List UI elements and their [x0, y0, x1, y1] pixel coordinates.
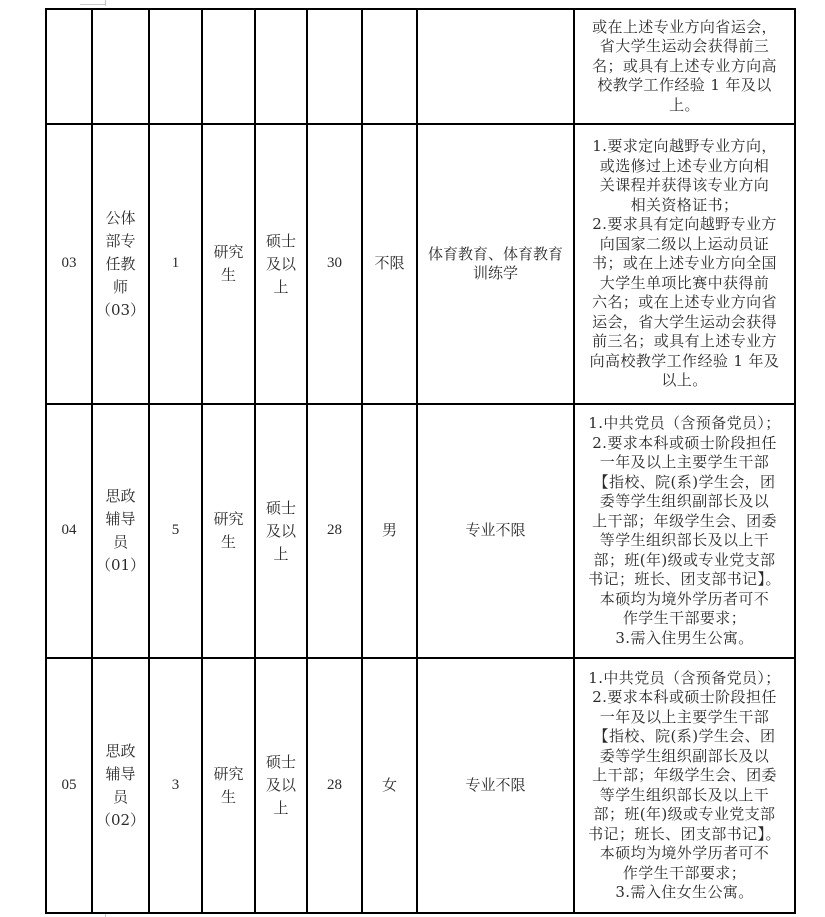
cell-requirements-line: 大学生单项比赛中获得前	[575, 274, 794, 294]
cell-degree-line: 硕士	[256, 751, 306, 774]
cell-age	[307, 9, 362, 124]
cell-requirements-line: 作学生干部要求；	[575, 864, 794, 884]
cell-gender	[362, 9, 417, 124]
cell-requirements-line: 或在上述专业方向省运会，	[575, 18, 794, 38]
cell-education: 研究生	[202, 658, 255, 913]
cell-position-line: 公体	[93, 207, 148, 230]
cell-position-line: 思政	[93, 485, 148, 508]
cell-degree-line: 及以	[256, 774, 306, 797]
cell-position-line: 思政	[93, 740, 148, 763]
cell-degree: 硕士及以上	[255, 124, 307, 404]
cell-requirements-line: 3.需入住男生公寓。	[575, 629, 794, 649]
cell-requirements-line: 本硕均为境外学历者可不	[575, 844, 794, 864]
cell-position-line: 辅导	[93, 508, 148, 531]
cell-requirements-line: 2.要求本科或硕士阶段担任	[575, 688, 794, 708]
cell-requirements-line: 运会，省大学生运动会获得	[575, 313, 794, 333]
cell-requirements-line: 部；班(年)级或专业党支部	[575, 805, 794, 825]
cell-requirements-line: 六名；或在上述专业方向省	[575, 293, 794, 313]
cell-major-line: 训练学	[418, 264, 573, 284]
cell-requirements-line: 上干部；年级学生会、团委	[575, 512, 794, 532]
cell-requirements-line: 名；或具有上述专业方向高	[575, 57, 794, 77]
cell-requirements-line: 委等学生组织副部长及以	[575, 747, 794, 767]
cell-requirements-line: 关课程并获得该专业方向	[575, 176, 794, 196]
cell-requirements-line: 校教学工作经验 1 年及以	[575, 76, 794, 96]
cell-education: 研究生	[202, 124, 255, 404]
cell-degree-line: 及以	[256, 520, 306, 543]
cell-requirements-line: 一年及以上主要学生干部	[575, 708, 794, 728]
recruitment-table: 或在上述专业方向省运会，省大学生运动会获得前三名；或具有上述专业方向高校教学工作…	[45, 8, 796, 914]
cell-major: 专业不限	[417, 658, 574, 913]
cell-requirements-line: 2.要求本科或硕士阶段担任	[575, 434, 794, 454]
table-row: 或在上述专业方向省运会，省大学生运动会获得前三名；或具有上述专业方向高校教学工作…	[46, 9, 795, 124]
cell-requirements-line: 书；或在上述专业方向全国	[575, 254, 794, 274]
cell-requirements-line: 2.要求具有定向越野专业方	[575, 215, 794, 235]
cell-gender: 男	[362, 404, 417, 658]
cell-education-line: 研究	[203, 763, 254, 786]
cell-degree	[255, 9, 307, 124]
cell-education: 研究生	[202, 404, 255, 658]
cell-requirements-line: 上干部；年级学生会、团委	[575, 766, 794, 786]
cell-requirements-line: 书记；班长、团支部书记】。	[575, 570, 794, 590]
cell-requirements-line: 作学生干部要求；	[575, 609, 794, 629]
cell-count: 3	[149, 658, 202, 913]
cell-requirements-line: 【指校、院(系)学生会、团	[575, 727, 794, 747]
cell-education-line: 生	[203, 264, 254, 287]
cell-requirements-line: 向高校教学工作经验 1 年及	[575, 352, 794, 372]
table-row: 03公体部专任教师（03）1研究生硕士及以上30不限体育教育、体育教育训练学1.…	[46, 124, 795, 404]
cell-requirements-line: 上。	[575, 96, 794, 116]
cell-requirements-line: 1.中共党员（含预备党员）；	[575, 414, 794, 434]
cell-degree-line: 硕士	[256, 230, 306, 253]
cell-requirements-line: 部；班(年)级或专业党支部	[575, 551, 794, 571]
cell-education-line: 生	[203, 531, 254, 554]
cell-count: 5	[149, 404, 202, 658]
cell-requirements-line: 本硕均为境外学历者可不	[575, 590, 794, 610]
table-row: 04思政辅导员（01）5研究生硕士及以上28男专业不限1.中共党员（含预备党员）…	[46, 404, 795, 658]
cell-requirements-line: 向国家二级以上运动员证	[575, 235, 794, 255]
cell-requirements-line: 【指校、院(系)学生会，团	[575, 473, 794, 493]
cell-degree-line: 硕士	[256, 497, 306, 520]
cell-requirements-line: 1.中共党员（含预备党员）；	[575, 669, 794, 689]
cell-major-line: 专业不限	[418, 776, 573, 796]
cell-major-line: 体育教育、体育教育	[418, 245, 573, 265]
cell-position-line: 师	[93, 276, 148, 299]
cell-requirements: 1.要求定向越野专业方向，或选修过上述专业方向相关课程并获得该专业方向相关资格证…	[574, 124, 795, 404]
page-corner-mark-top-v	[105, 0, 106, 6]
cell-position-line: （01）	[93, 554, 148, 577]
cell-degree-line: 及以	[256, 253, 306, 276]
cell-requirements-line: 前三名；或具有上述专业方	[575, 332, 794, 352]
cell-position	[92, 9, 149, 124]
cell-major-line: 专业不限	[418, 521, 573, 541]
cell-position-line: 员	[93, 786, 148, 809]
cell-major: 专业不限	[417, 404, 574, 658]
cell-requirements: 1.中共党员（含预备党员）；2.要求本科或硕士阶段担任一年及以上主要学生干部【指…	[574, 658, 795, 913]
cell-degree-line: 上	[256, 543, 306, 566]
cell-requirements-line: 3.需入住女生公寓。	[575, 883, 794, 903]
cell-education-line: 研究	[203, 241, 254, 264]
cell-education	[202, 9, 255, 124]
cell-degree: 硕士及以上	[255, 658, 307, 913]
cell-requirements-line: 或选修过上述专业方向相	[575, 157, 794, 177]
cell-requirements: 或在上述专业方向省运会，省大学生运动会获得前三名；或具有上述专业方向高校教学工作…	[574, 9, 795, 124]
cell-position: 思政辅导员（02）	[92, 658, 149, 913]
cell-position-line: （03）	[93, 299, 148, 322]
cell-degree-line: 上	[256, 276, 306, 299]
cell-requirements-line: 一年及以上主要学生干部	[575, 453, 794, 473]
cell-age: 30	[307, 124, 362, 404]
cell-age: 28	[307, 658, 362, 913]
cell-position: 思政辅导员（01）	[92, 404, 149, 658]
cell-major: 体育教育、体育教育训练学	[417, 124, 574, 404]
cell-id: 03	[46, 124, 92, 404]
cell-major	[417, 9, 574, 124]
cell-degree-line: 上	[256, 797, 306, 820]
cell-id: 04	[46, 404, 92, 658]
cell-degree: 硕士及以上	[255, 404, 307, 658]
cell-education-line: 研究	[203, 508, 254, 531]
cell-requirements-line: 等学生组织部长及以上干	[575, 786, 794, 806]
cell-requirements-line: 委等学生组织副部长及以	[575, 492, 794, 512]
cell-position-line: 任教	[93, 253, 148, 276]
cell-gender: 不限	[362, 124, 417, 404]
table-row: 05思政辅导员（02）3研究生硕士及以上28女专业不限1.中共党员（含预备党员）…	[46, 658, 795, 913]
cell-position-line: 辅导	[93, 763, 148, 786]
cell-position-line: 员	[93, 531, 148, 554]
cell-count	[149, 9, 202, 124]
cell-count: 1	[149, 124, 202, 404]
cell-requirements: 1.中共党员（含预备党员）；2.要求本科或硕士阶段担任一年及以上主要学生干部【指…	[574, 404, 795, 658]
cell-requirements-line: 以上。	[575, 371, 794, 391]
cell-requirements-line: 省大学生运动会获得前三	[575, 37, 794, 57]
cell-position: 公体部专任教师（03）	[92, 124, 149, 404]
cell-requirements-line: 书记；班长、团支部书记】。	[575, 825, 794, 845]
cell-position-line: （02）	[93, 809, 148, 832]
cell-requirements-line: 1.要求定向越野专业方向，	[575, 137, 794, 157]
cell-requirements-line: 相关资格证书；	[575, 196, 794, 216]
cell-position-line: 部专	[93, 230, 148, 253]
cell-requirements-line: 等学生组织部长及以上干	[575, 531, 794, 551]
cell-id: 05	[46, 658, 92, 913]
cell-age: 28	[307, 404, 362, 658]
cell-education-line: 生	[203, 786, 254, 809]
cell-gender: 女	[362, 658, 417, 913]
page-corner-mark-top-h	[80, 4, 106, 5]
cell-id	[46, 9, 92, 124]
